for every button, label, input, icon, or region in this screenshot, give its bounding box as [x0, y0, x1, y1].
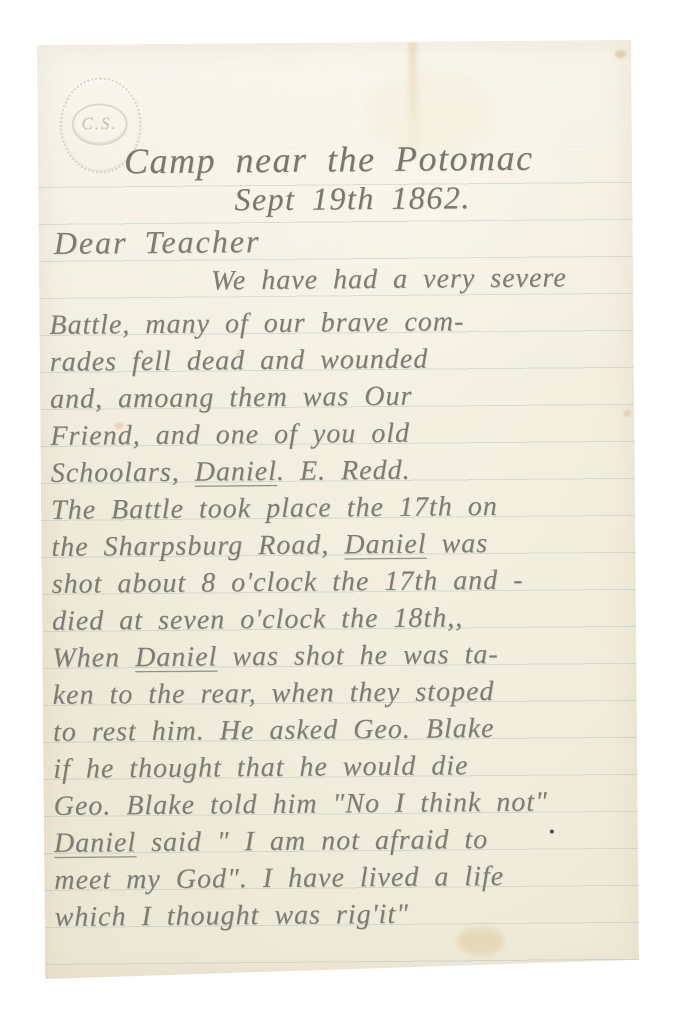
letter-line: if he thought that he would die [53, 746, 631, 788]
letter-line: the Sharpsburg Road, Daniel was [51, 524, 629, 566]
letter-line: which I thought was rig'it" [54, 894, 632, 936]
heading-date-line: Sept 19th 1862. [234, 179, 471, 218]
letter-line: Friend, and one of you old [50, 413, 628, 455]
letter-line: died at seven o'clock the 18th,, [52, 598, 630, 640]
seal-initials: C.S. [81, 114, 118, 134]
letter-line: Geo. Blake told him "No I think not" [53, 783, 631, 825]
letter-line: to rest him. He asked Geo. Blake [53, 709, 631, 751]
letter-paper: C.S. Camp near the Potomac Sept 19th 186… [37, 40, 639, 979]
letter-body: Battle, many of our brave com- rades fel… [49, 302, 632, 936]
letter-line: rades fell dead and wounded [50, 339, 628, 381]
letter-line: The Battle took place the 17th on [51, 487, 629, 529]
stain [615, 50, 626, 58]
heading-place-line: Camp near the Potomac [124, 137, 534, 183]
letter-line: shot about 8 o'clock the 17th and - [52, 561, 630, 603]
photo-background: C.S. Camp near the Potomac Sept 19th 186… [0, 0, 683, 1024]
salutation-line: Dear Teacher [54, 223, 261, 262]
letter-line: When Daniel was shot he was ta- [52, 635, 630, 677]
letter-line: meet my God". I have lived a life [54, 857, 632, 899]
letter-line: Schoolars, Daniel. E. Redd. [51, 450, 629, 492]
letter-line: We have had a very severe [211, 262, 567, 297]
seal-inner-oval: C.S. [72, 103, 128, 145]
letter-line: Daniel said " I am not afraid to [54, 820, 632, 862]
letter-line: ken to the rear, when they stoped [53, 672, 631, 714]
letter-line: and, amoang them was Our [50, 376, 628, 418]
letter-line: Battle, many of our brave com- [49, 302, 627, 344]
